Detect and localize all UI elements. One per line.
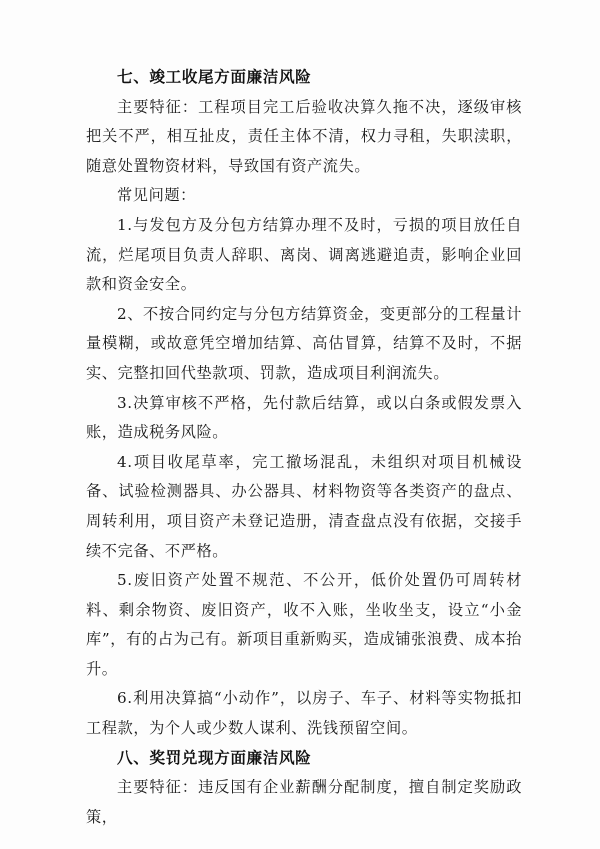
page-number: 7: [0, 780, 600, 791]
issue-item-6: 6.利用决算搞“小动作”，以房子、车子、材料等实物抵扣工程款，为个人或少数人谋利…: [86, 684, 522, 743]
document-page: 七、竣工收尾方面廉洁风险 主要特征：工程项目完工后验收决算久拖不决，逐级审核把关…: [86, 63, 522, 832]
common-issues-label: 常见问题：: [86, 181, 522, 211]
main-features-paragraph: 主要特征：工程项目完工后验收决算久拖不决，逐级审核把关不严，相互扯皮，责任主体不…: [86, 93, 522, 182]
issue-item-4: 4.项目收尾草率，完工撤场混乱，未组织对项目机械设备、试验检测器具、办公器具、材…: [86, 448, 522, 566]
issue-item-5: 5.废旧资产处置不规范、不公开，低价处置仍可周转材料、剩余物资、废旧资产，收不入…: [86, 566, 522, 684]
issue-item-3: 3.决算审核不严格，先付款后结算，或以白条或假发票入账，造成税务风险。: [86, 389, 522, 448]
issue-item-2: 2、不按合同约定与分包方结算资金，变更部分的工程量计量模糊，或故意凭空增加结算、…: [86, 300, 522, 389]
section-heading-8: 八、奖罚兑现方面廉洁风险: [86, 744, 522, 774]
issue-item-1: 1.与发包方及分包方结算办理不及时，亏损的项目放任自流，烂尾项目负责人辞职、离岗…: [86, 211, 522, 300]
section-heading-7: 七、竣工收尾方面廉洁风险: [86, 63, 522, 93]
